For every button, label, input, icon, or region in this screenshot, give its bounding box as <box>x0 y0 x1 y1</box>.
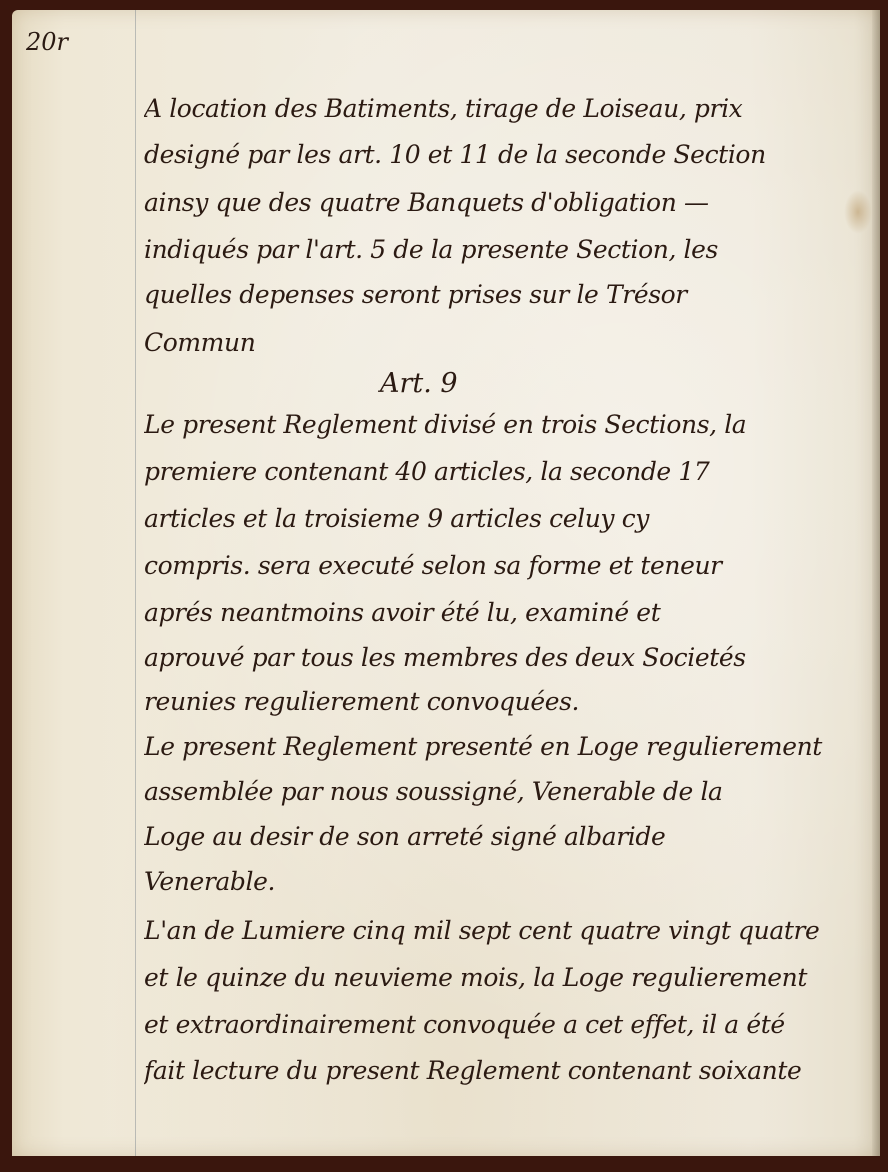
text-line: fait lecture du present Reglement conten… <box>144 1056 864 1085</box>
text-line: Commun <box>144 328 864 357</box>
text-line: et le quinze du neuvieme mois, la Loge r… <box>144 963 864 992</box>
text-line: aprouvé par tous les membres des deux So… <box>144 643 864 672</box>
text-line: Venerable. <box>144 867 864 896</box>
text-line: articles et la troisieme 9 articles celu… <box>144 504 864 533</box>
text-line: designé par les art. 10 et 11 de la seco… <box>144 140 864 169</box>
text-line: ainsy que des quatre Banquets d'obligati… <box>144 188 864 217</box>
text-line: L'an de Lumiere cinq mil sept cent quatr… <box>144 916 864 945</box>
manuscript-page: 20r A location des Batiments, tirage de … <box>12 10 880 1156</box>
text-line: Loge au desir de son arreté signé albari… <box>144 822 864 851</box>
text-line: indiqués par l'art. 5 de la presente Sec… <box>144 235 864 264</box>
text-line: et extraordinairement convoquée a cet ef… <box>144 1010 864 1039</box>
text-line: Le present Reglement divisé en trois Sec… <box>144 410 864 439</box>
text-line: premiere contenant 40 articles, la secon… <box>144 457 864 486</box>
text-line: aprés neantmoins avoir été lu, examiné e… <box>144 598 864 627</box>
folio-number: 20r <box>26 28 68 56</box>
text-line: reunies regulierement convoquées. <box>144 687 864 716</box>
text-line: A location des Batiments, tirage de Lois… <box>144 94 864 123</box>
text-line: compris. sera executé selon sa forme et … <box>144 551 864 580</box>
article-heading: Art. 9 <box>380 368 458 399</box>
text-line: assemblée par nous soussigné, Venerable … <box>144 777 864 806</box>
text-line: quelles depenses seront prises sur le Tr… <box>144 280 864 309</box>
margin-rule <box>135 10 136 1156</box>
text-line: Le present Reglement presenté en Loge re… <box>144 732 864 761</box>
